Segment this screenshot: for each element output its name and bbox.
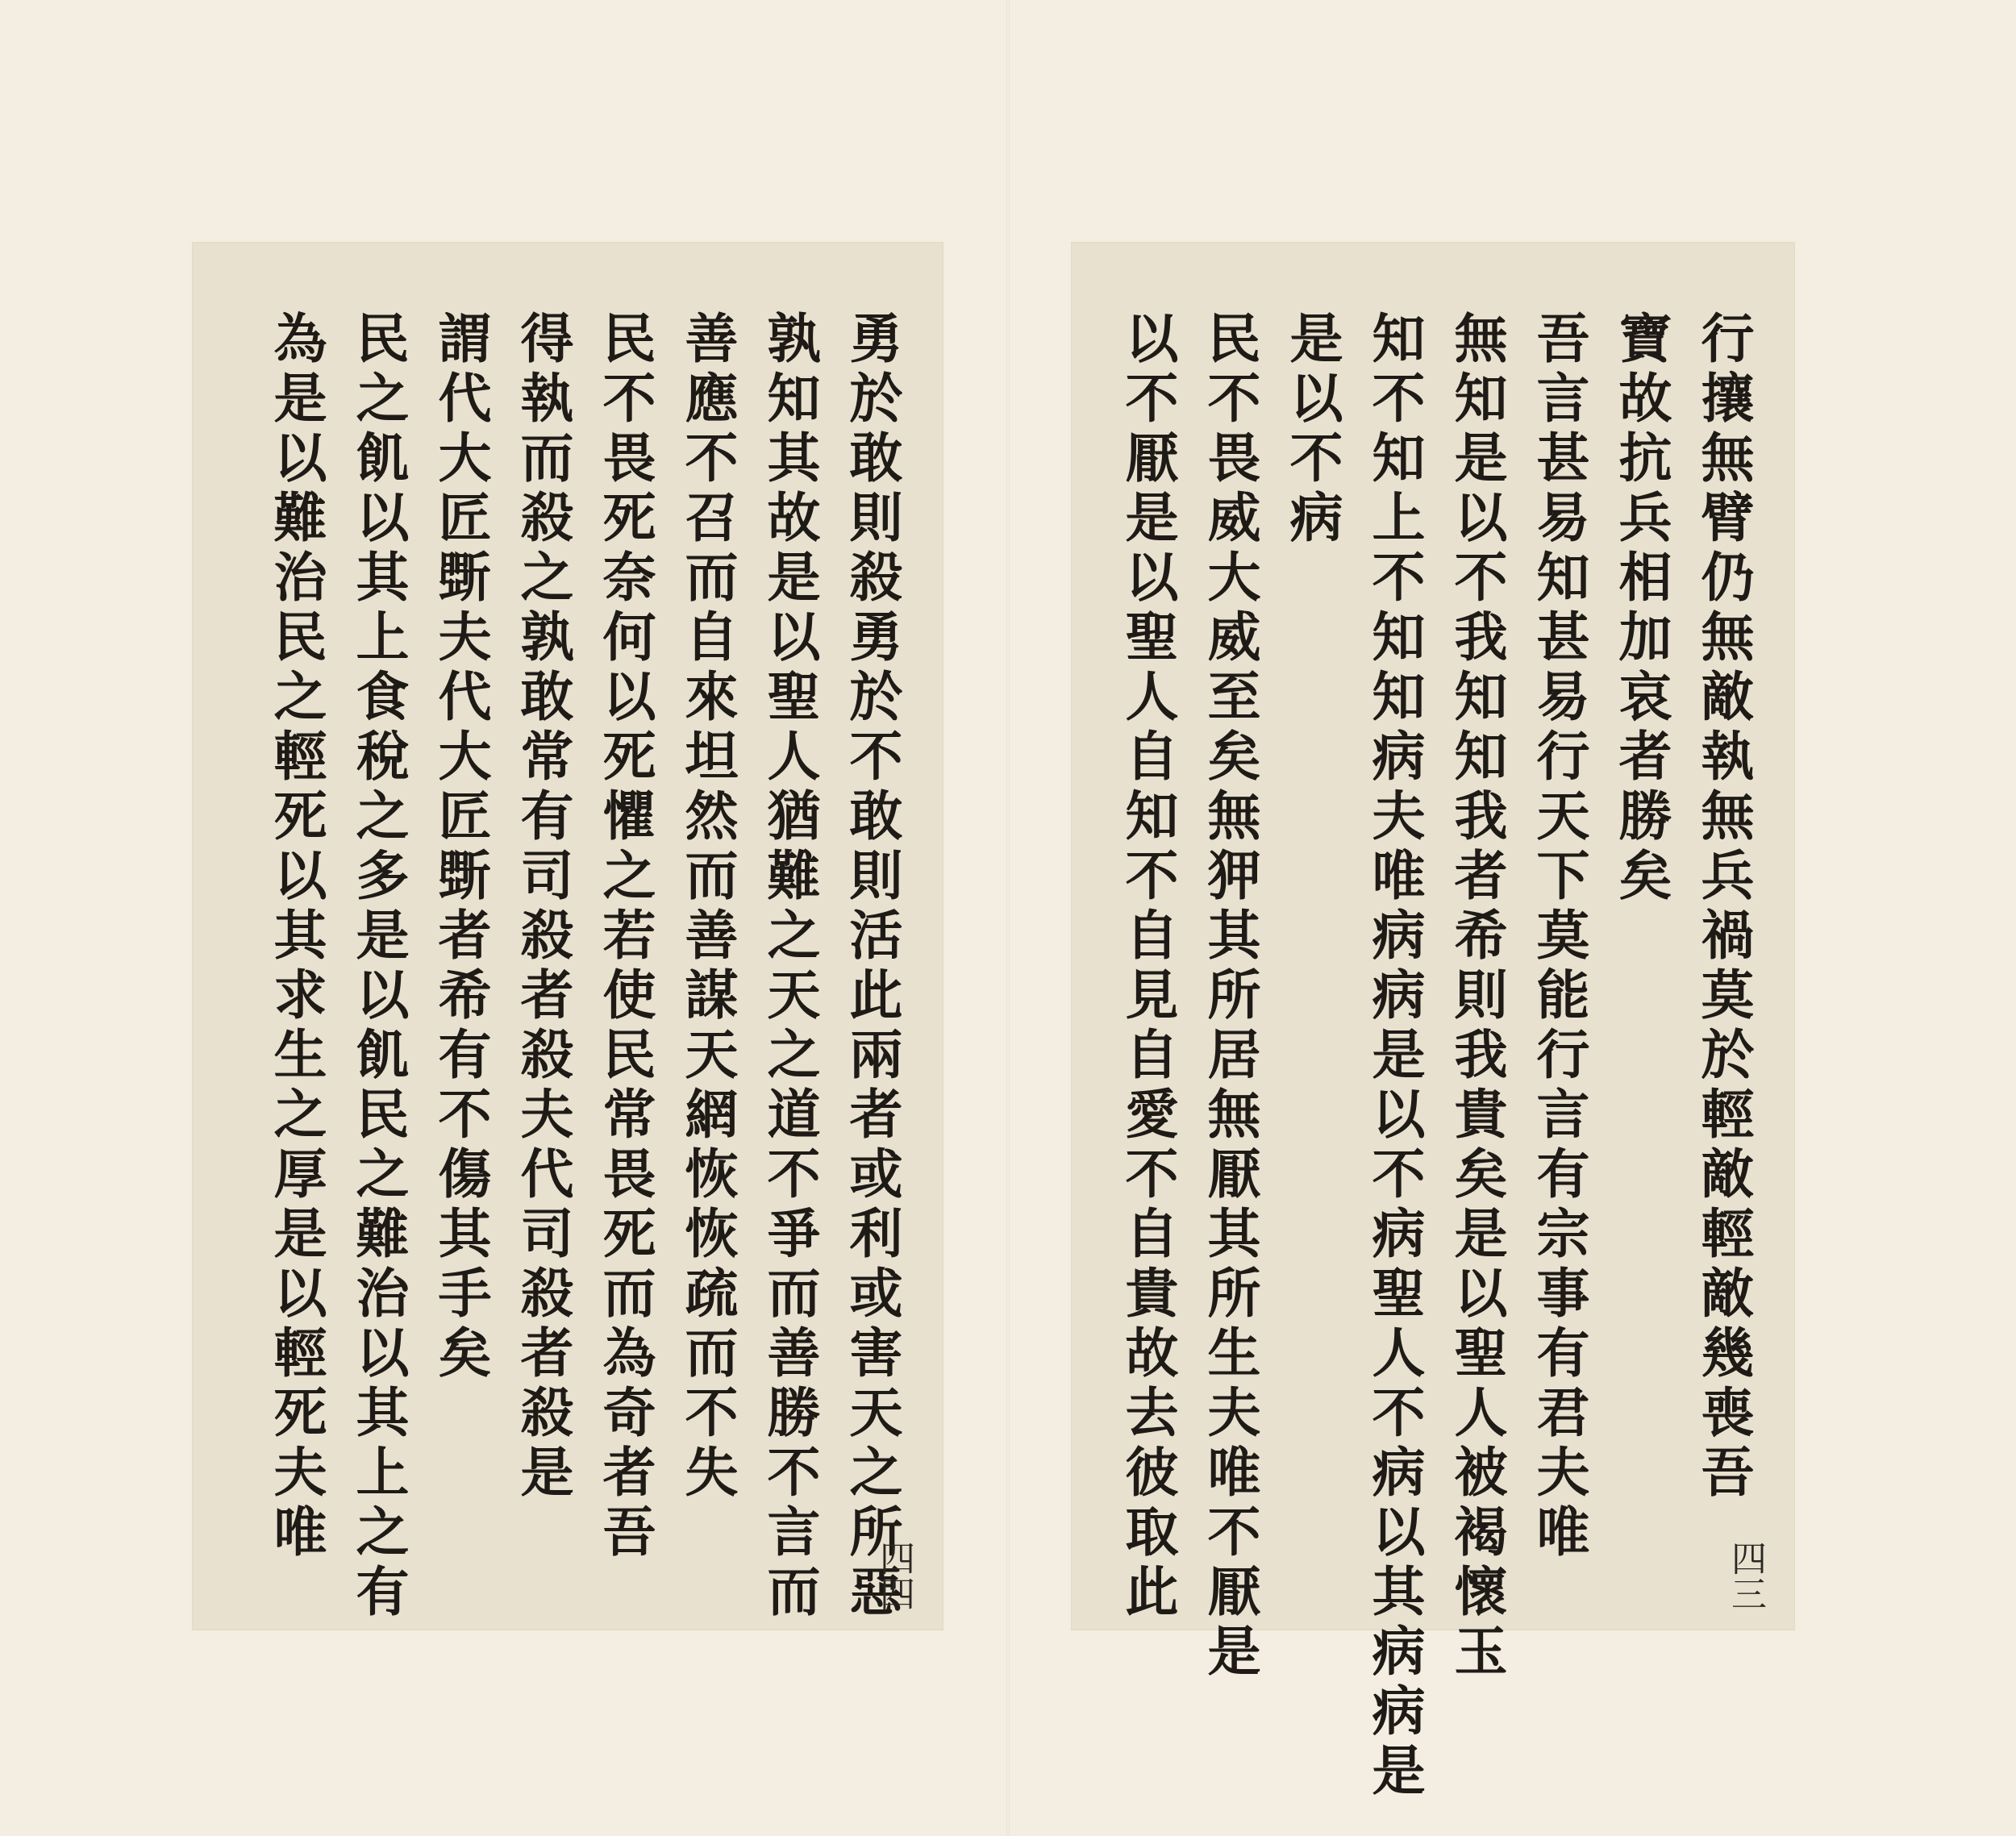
- text-column: 寶故抗兵相加哀者勝矣: [1602, 310, 1681, 1598]
- text-column: 勇於敢則殺勇於不敢則活此兩者或利或害天之所惡: [832, 310, 911, 1598]
- page-number: 四四: [868, 1540, 919, 1611]
- right-page-text: 行攘無臂仍無敵執無兵禍莫於輕敵輕敵幾喪吾 寶故抗兵相加哀者勝矣 吾言甚易知甚易行…: [1108, 310, 1763, 1598]
- left-page-text: 勇於敢則殺勇於不敢則活此兩者或利或害天之所惡 孰知其故是以聖人猶難之天之道不爭而…: [256, 310, 911, 1598]
- left-page: 勇於敢則殺勇於不敢則活此兩者或利或害天之所惡 孰知其故是以聖人猶難之天之道不爭而…: [192, 242, 943, 1630]
- text-column: 行攘無臂仍無敵執無兵禍莫於輕敵輕敵幾喪吾: [1684, 310, 1763, 1598]
- text-column: 以不厭是以聖人自知不自見自愛不自貴故去彼取此: [1108, 310, 1187, 1598]
- text-column: 民之飢以其上食稅之多是以飢民之難治以其上之有: [339, 310, 418, 1598]
- text-column: 得執而殺之孰敢常有司殺者殺夫代司殺者殺是: [503, 310, 582, 1598]
- text-column: 知不知上不知知病夫唯病病是以不病聖人不病以其病病是: [1355, 310, 1434, 1598]
- text-column: 善應不召而自來坦然而善謀天網恢恢疏而不失: [668, 310, 747, 1598]
- album-fold: [1006, 0, 1010, 1836]
- text-column: 謂代大匠斲夫代大匠斲者希有不傷其手矣: [421, 310, 500, 1598]
- text-column: 孰知其故是以聖人猶難之天之道不爭而善勝不言而: [750, 310, 829, 1598]
- text-column: 是以不病: [1272, 310, 1352, 1598]
- text-column: 吾言甚易知甚易行天下莫能行言有宗事有君夫唯: [1519, 310, 1598, 1598]
- text-column: 民不畏死奈何以死懼之若使民常畏死而為奇者吾: [585, 310, 664, 1598]
- page-number: 四三: [1719, 1540, 1771, 1611]
- text-column: 無知是以不我知知我者希則我貴矣是以聖人被褐懷玉: [1437, 310, 1516, 1598]
- right-page: 行攘無臂仍無敵執無兵禍莫於輕敵輕敵幾喪吾 寶故抗兵相加哀者勝矣 吾言甚易知甚易行…: [1071, 242, 1795, 1630]
- text-column: 為是以難治民之輕死以其求生之厚是以輕死夫唯: [256, 310, 335, 1598]
- text-column: 民不畏威大威至矣無狎其所居無厭其所生夫唯不厭是: [1190, 310, 1269, 1598]
